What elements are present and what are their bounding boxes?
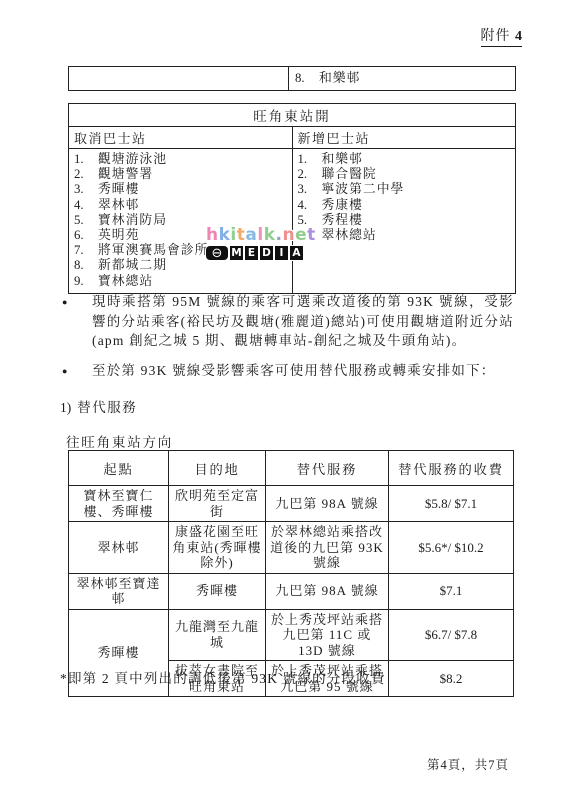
table-row: 翠林邨 康盛花園至旺角東站(秀暉樓除外) 於翠林總站乘搭改道後的九巴第 93K …	[69, 522, 514, 574]
item-label: 聯合醫院	[322, 167, 377, 182]
watermark-letter: e	[295, 225, 307, 245]
list-item: 2.聯合醫院	[298, 167, 511, 182]
list-item: 8.新都城二期	[74, 258, 287, 273]
item-number: 8.	[74, 258, 98, 273]
media-letter-box: D	[260, 246, 273, 260]
service-cell: 九巴第 98A 號線	[266, 573, 389, 609]
bullet-paragraph: ● 現時乘搭第 95M 號線的乘客可選乘改道後的第 93K 號線，受影響的分站乘…	[62, 292, 514, 351]
watermark-letter: k	[264, 225, 276, 245]
column-header-service: 替代服務	[266, 451, 389, 486]
destination-cell: 欣明苑至定富街	[169, 486, 266, 522]
list-item: 8. 和樂邨	[290, 71, 514, 86]
watermark-letter: k	[219, 225, 231, 245]
item-number: 1.	[74, 152, 98, 167]
origin-cell: 寶林至寶仁樓、秀暉樓	[69, 486, 169, 522]
column-header-cancelled: 取消巴士站	[69, 127, 293, 149]
column-header-destination: 目的地	[169, 451, 266, 486]
item-number: 4.	[298, 198, 322, 213]
carried-over-table: 8. 和樂邨	[68, 66, 516, 91]
stop-cell: 8. 和樂邨	[289, 67, 516, 91]
list-item: 1.觀塘游泳池	[74, 152, 287, 167]
list-item: 6.翠林總站	[298, 228, 511, 243]
alternative-service-table: 起點 目的地 替代服務 替代服務的收費 寶林至寶仁樓、秀暉樓 欣明苑至定富街 九…	[68, 450, 514, 697]
table-title: 旺角東站開	[69, 104, 516, 127]
hkitalk-watermark: hkitalk.net ⊖ M E D I A	[206, 227, 316, 260]
bullet-icon: ●	[62, 292, 92, 351]
watermark-letter: a	[245, 225, 257, 245]
item-number: 3.	[74, 182, 98, 197]
document-page: { "header": { "appendix_prefix": "附件", "…	[0, 0, 566, 800]
list-item: 1.和樂邨	[298, 152, 511, 167]
direction-label: 往旺角東站方向	[66, 431, 173, 451]
item-label: 寶林總站	[98, 274, 153, 289]
table-title-row: 旺角東站開	[69, 104, 516, 127]
section-heading: 1)替代服務	[60, 396, 137, 416]
item-number: 8.	[295, 71, 319, 86]
cancelled-stops-cell: 1.觀塘游泳池 2.觀塘警署 3.秀暉樓 4.翠林邨 5.寶林消防局 6.英明苑…	[69, 149, 293, 294]
list-item: 4.翠林邨	[74, 198, 287, 213]
list-item: 4.秀康樓	[298, 198, 511, 213]
list-item: 9.寶林總站	[74, 274, 287, 289]
table-header-row: 起點 目的地 替代服務 替代服務的收費	[69, 451, 514, 486]
item-number: 2.	[298, 167, 322, 182]
watermark-letter: n	[282, 225, 295, 245]
item-number: 5.	[74, 213, 98, 228]
destination-cell: 九龍灣至九龍城	[169, 609, 266, 661]
bullet-text: 現時乘搭第 95M 號線的乘客可選乘改道後的第 93K 號線，受影響的分站乘客(…	[92, 292, 514, 351]
item-label: 和樂邨	[319, 71, 360, 86]
empty-cell	[69, 67, 289, 91]
item-label: 秀暉樓	[98, 182, 139, 197]
hkitalk-watermark-text: hkitalk.net	[206, 227, 316, 244]
item-label: 新都城二期	[98, 258, 167, 273]
destination-cell: 康盛花園至旺角東站(秀暉樓除外)	[169, 522, 266, 574]
service-cell: 九巴第 98A 號線	[266, 486, 389, 522]
origin-cell: 翠林邨至寶達邨	[69, 573, 169, 609]
bullet-paragraph: ● 至於第 93K 號線受影響乘客可使用替代服務或轉乘安排如下：	[62, 361, 514, 382]
fare-cell: $8.2	[389, 661, 514, 697]
item-number: 3.	[298, 182, 322, 197]
watermark-letter: t	[307, 225, 316, 245]
section-number: 1)	[60, 400, 71, 415]
list-item: 2.觀塘警署	[74, 167, 287, 182]
page-number: 第4頁，共7頁	[427, 755, 509, 773]
column-header-fare: 替代服務的收費	[389, 451, 514, 486]
table-row: 8. 和樂邨	[69, 67, 516, 91]
item-number: 2.	[74, 167, 98, 182]
fare-cell: $5.6*/ $10.2	[389, 522, 514, 574]
item-label: 秀程樓	[322, 213, 363, 228]
section-title: 替代服務	[77, 400, 137, 415]
appendix-prefix: 附件	[481, 29, 511, 44]
item-label: 英明苑	[98, 228, 139, 243]
list-item: 5.秀程樓	[298, 213, 511, 228]
appendix-number: 4	[515, 29, 522, 44]
item-number: 9.	[74, 274, 98, 289]
media-letter-box: A	[290, 246, 303, 260]
item-label: 將軍澳賽馬會診所	[98, 243, 208, 258]
media-letter-box: M	[230, 246, 243, 260]
column-header-origin: 起點	[69, 451, 169, 486]
media-letter-box: I	[275, 246, 288, 260]
list-item: 3.寧波第二中學	[298, 182, 511, 197]
table-header-row: 取消巴士站 新增巴士站	[69, 127, 516, 149]
item-label: 和樂邨	[322, 152, 363, 167]
item-number: 6.	[74, 228, 98, 243]
service-cell: 於上秀茂坪站乘搭九巴第 11C 或 13D 號線	[266, 609, 389, 661]
table-row: 秀暉樓 九龍灣至九龍城 於上秀茂坪站乘搭九巴第 11C 或 13D 號線 $6.…	[69, 609, 514, 661]
item-label: 翠林總站	[322, 228, 377, 243]
watermark-letter: h	[206, 225, 219, 245]
table-footnote: *即第 2 頁中列出的調低後第 93K 號線的分段收費	[60, 667, 386, 687]
table-row: 翠林邨至寶達邨 秀暉樓 九巴第 98A 號線 $7.1	[69, 573, 514, 609]
appendix-label: 附件 4	[481, 25, 523, 47]
item-label: 觀塘游泳池	[98, 152, 167, 167]
fare-cell: $6.7/ $7.8	[389, 609, 514, 661]
item-label: 翠林邨	[98, 198, 139, 213]
item-number: 4.	[74, 198, 98, 213]
fare-cell: $7.1	[389, 573, 514, 609]
bullet-icon: ●	[62, 361, 92, 382]
list-item: 3.秀暉樓	[74, 182, 287, 197]
item-number: 1.	[298, 152, 322, 167]
item-label: 觀塘警署	[98, 167, 153, 182]
origin-cell: 翠林邨	[69, 522, 169, 574]
hkitalk-logo-icon: ⊖	[206, 246, 228, 260]
fare-cell: $5.8/ $7.1	[389, 486, 514, 522]
hkitalk-media-badge: ⊖ M E D I A	[206, 246, 316, 260]
item-label: 寶林消防局	[98, 213, 167, 228]
new-stops-cell: 1.和樂邨 2.聯合醫院 3.寧波第二中學 4.秀康樓 5.秀程樓 6.翠林總站	[292, 149, 516, 294]
item-number: 7.	[74, 243, 98, 258]
service-cell: 於翠林總站乘搭改道後的九巴第 93K 號線	[266, 522, 389, 574]
item-label: 秀康樓	[322, 198, 363, 213]
item-label: 寧波第二中學	[322, 182, 405, 197]
media-letter-box: E	[245, 246, 258, 260]
mong-kok-east-table: 旺角東站開 取消巴士站 新增巴士站 1.觀塘游泳池 2.觀塘警署 3.秀暉樓 4…	[68, 103, 516, 294]
destination-cell: 秀暉樓	[169, 573, 266, 609]
column-header-new: 新增巴士站	[292, 127, 516, 149]
table-row: 寶林至寶仁樓、秀暉樓 欣明苑至定富街 九巴第 98A 號線 $5.8/ $7.1	[69, 486, 514, 522]
table-body-row: 1.觀塘游泳池 2.觀塘警署 3.秀暉樓 4.翠林邨 5.寶林消防局 6.英明苑…	[69, 149, 516, 294]
bullet-text: 至於第 93K 號線受影響乘客可使用替代服務或轉乘安排如下：	[92, 361, 514, 382]
